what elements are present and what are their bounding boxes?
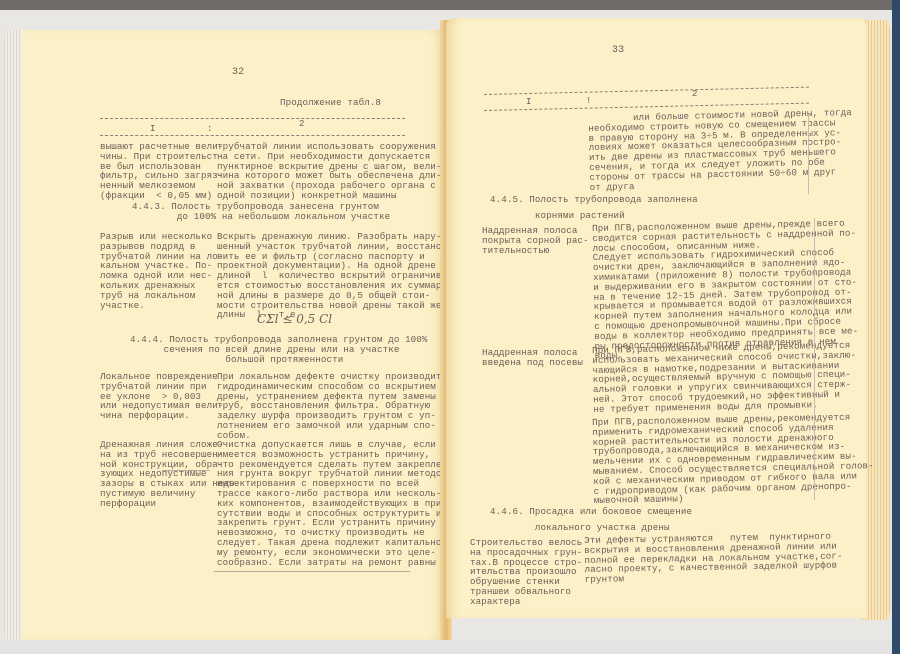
table-header-rule xyxy=(100,118,405,119)
section-heading-4-4-5: 4.4.5. Полость трубопровода заполнена ко… xyxy=(490,192,698,224)
table-cell-remedy: При ПГВ,расположенном выше дрены,рекомен… xyxy=(592,412,874,506)
table-header-rule xyxy=(484,87,809,95)
table-cell-remedy: Очистка допускается лишь в случае, если … xyxy=(217,440,447,567)
scanner-bottom-edge xyxy=(0,640,900,654)
column-header-1: I xyxy=(526,98,532,108)
book-page-edges-right xyxy=(862,20,890,620)
scanner-right-edge xyxy=(892,0,900,654)
section-heading-4-4-6: 4.4.6. Просадка или боковое смещение лок… xyxy=(490,504,692,536)
cost-formula: CΣl ≤ 0,5 Cl xyxy=(257,312,332,326)
page-number: 33 xyxy=(612,46,624,56)
table-cell-remedy: Вскрыть дренажную линию. Разобрать нару-… xyxy=(217,232,453,320)
page-number: 32 xyxy=(232,68,244,78)
table-cell-remedy: трубчатой линии использовать сооружения … xyxy=(217,142,442,201)
pencil-underline xyxy=(162,470,210,471)
table-cell-cause: Наддренная полоса покрыта сорной рас- ти… xyxy=(482,226,589,255)
section-heading-4-4-3: 4.4.3. Полость трубопровода занесена гру… xyxy=(132,202,390,222)
table-border xyxy=(814,218,815,500)
table-cell-cause: Наддренная полоса введена под посевы xyxy=(482,348,583,368)
table-continuation-label: Продолжение табл.8 xyxy=(280,98,381,108)
table-cell-remedy: или больше стоимости новой дрены, тогда … xyxy=(588,108,854,192)
left-page: 32 Продолжение табл.8 I : 2 вышают расче… xyxy=(22,30,444,640)
pencil-underline xyxy=(214,571,410,572)
column-header-2: 2 xyxy=(299,120,305,130)
column-header-2: 2 xyxy=(692,90,698,100)
table-cell-cause: Разрыв или несколько разрывов подряд в т… xyxy=(100,232,224,310)
column-header-1: I xyxy=(150,125,156,135)
table-cell-cause: вышают расчетные вели- чины. При строите… xyxy=(100,142,224,201)
right-page: 33 I ! 2 или больше стоимости новой дрен… xyxy=(446,18,866,618)
table-cell-cause: Строительство велось на просадочных грун… xyxy=(470,538,582,607)
column-separator: ! xyxy=(586,97,592,107)
scanner-top-edge xyxy=(0,0,900,10)
table-cell-remedy: При локальном дефекте очистку производит… xyxy=(217,372,447,441)
table-border xyxy=(808,114,809,194)
table-header-rule xyxy=(100,135,405,136)
table-cell-remedy: При ПГВ,расположенном ниже дрены,рекомен… xyxy=(592,340,857,414)
section-heading-4-4-4: 4.4.4. Полость трубопровода заполнена гр… xyxy=(130,335,428,364)
table-cell-cause: Локальное повреждение трубчатой линии пр… xyxy=(100,372,224,421)
column-separator: : xyxy=(207,125,213,135)
table-cell-remedy: Эти дефекты устраняются путем пунктирног… xyxy=(584,531,843,584)
